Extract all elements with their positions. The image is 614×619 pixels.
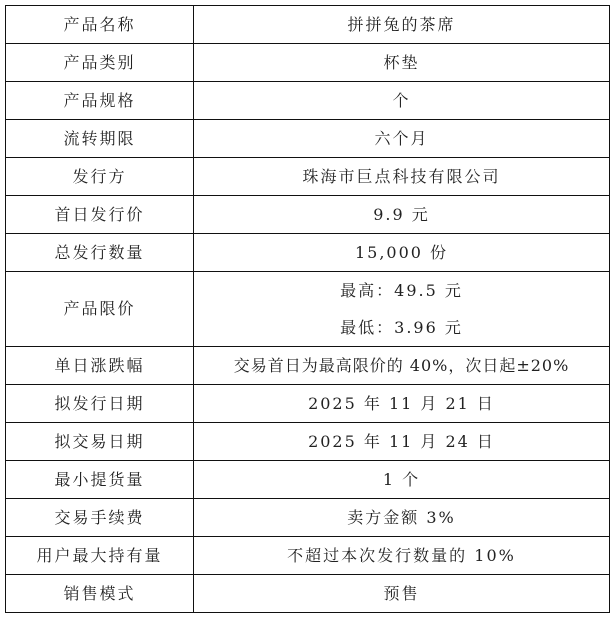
row-label: 单日涨跌幅 xyxy=(6,347,194,385)
row-value: 15,000 份 xyxy=(194,234,610,272)
row-label: 最小提货量 xyxy=(6,461,194,499)
row-label: 总发行数量 xyxy=(6,234,194,272)
row-value: 杯垫 xyxy=(194,44,610,82)
table-row-planned-trade-date: 拟交易日期 2025 年 11 月 24 日 xyxy=(6,423,610,461)
row-label: 用户最大持有量 xyxy=(6,537,194,575)
row-value: 2025 年 11 月 21 日 xyxy=(194,385,610,423)
row-label: 产品规格 xyxy=(6,82,194,120)
row-value: 预售 xyxy=(194,575,610,613)
table-row-total-issue-quantity: 总发行数量 15,000 份 xyxy=(6,234,610,272)
product-spec-table: 产品名称 拼拼兔的茶席 产品类别 杯垫 产品规格 个 流转期限 六个月 发行方 … xyxy=(5,5,610,613)
row-label: 首日发行价 xyxy=(6,196,194,234)
table-row-trade-fee: 交易手续费 卖方金额 3% xyxy=(6,499,610,537)
row-label: 产品名称 xyxy=(6,6,194,44)
table-row-sales-mode: 销售模式 预售 xyxy=(6,575,610,613)
row-value: 最高：49.5 元 最低：3.96 元 xyxy=(194,272,610,347)
table-row-product-name: 产品名称 拼拼兔的茶席 xyxy=(6,6,610,44)
row-label: 拟发行日期 xyxy=(6,385,194,423)
row-value: 卖方金额 3% xyxy=(194,499,610,537)
row-label: 拟交易日期 xyxy=(6,423,194,461)
max-price: 最高：49.5 元 xyxy=(194,272,609,309)
table-row-daily-limit: 单日涨跌幅 交易首日为最高限价的 40%，次日起±20% xyxy=(6,347,610,385)
row-value: 六个月 xyxy=(194,120,610,158)
row-label: 产品限价 xyxy=(6,272,194,347)
row-label: 销售模式 xyxy=(6,575,194,613)
row-label: 发行方 xyxy=(6,158,194,196)
table-row-max-holding: 用户最大持有量 不超过本次发行数量的 10% xyxy=(6,537,610,575)
row-value: 不超过本次发行数量的 10% xyxy=(194,537,610,575)
row-value: 珠海市巨点科技有限公司 xyxy=(194,158,610,196)
row-value: 个 xyxy=(194,82,610,120)
row-label: 流转期限 xyxy=(6,120,194,158)
table-row-issuer: 发行方 珠海市巨点科技有限公司 xyxy=(6,158,610,196)
row-value: 9.9 元 xyxy=(194,196,610,234)
row-value: 交易首日为最高限价的 40%，次日起±20% xyxy=(194,347,610,385)
table-row-circulation-period: 流转期限 六个月 xyxy=(6,120,610,158)
min-price: 最低：3.96 元 xyxy=(194,309,609,346)
table-row-first-day-price: 首日发行价 9.9 元 xyxy=(6,196,610,234)
row-value: 拼拼兔的茶席 xyxy=(194,6,610,44)
table-row-min-pickup: 最小提货量 1 个 xyxy=(6,461,610,499)
table-row-planned-issue-date: 拟发行日期 2025 年 11 月 21 日 xyxy=(6,385,610,423)
table-row-product-spec: 产品规格 个 xyxy=(6,82,610,120)
row-label: 产品类别 xyxy=(6,44,194,82)
row-value: 2025 年 11 月 24 日 xyxy=(194,423,610,461)
row-value: 1 个 xyxy=(194,461,610,499)
row-label: 交易手续费 xyxy=(6,499,194,537)
table-row-product-category: 产品类别 杯垫 xyxy=(6,44,610,82)
table-row-price-limit: 产品限价 最高：49.5 元 最低：3.96 元 xyxy=(6,272,610,347)
